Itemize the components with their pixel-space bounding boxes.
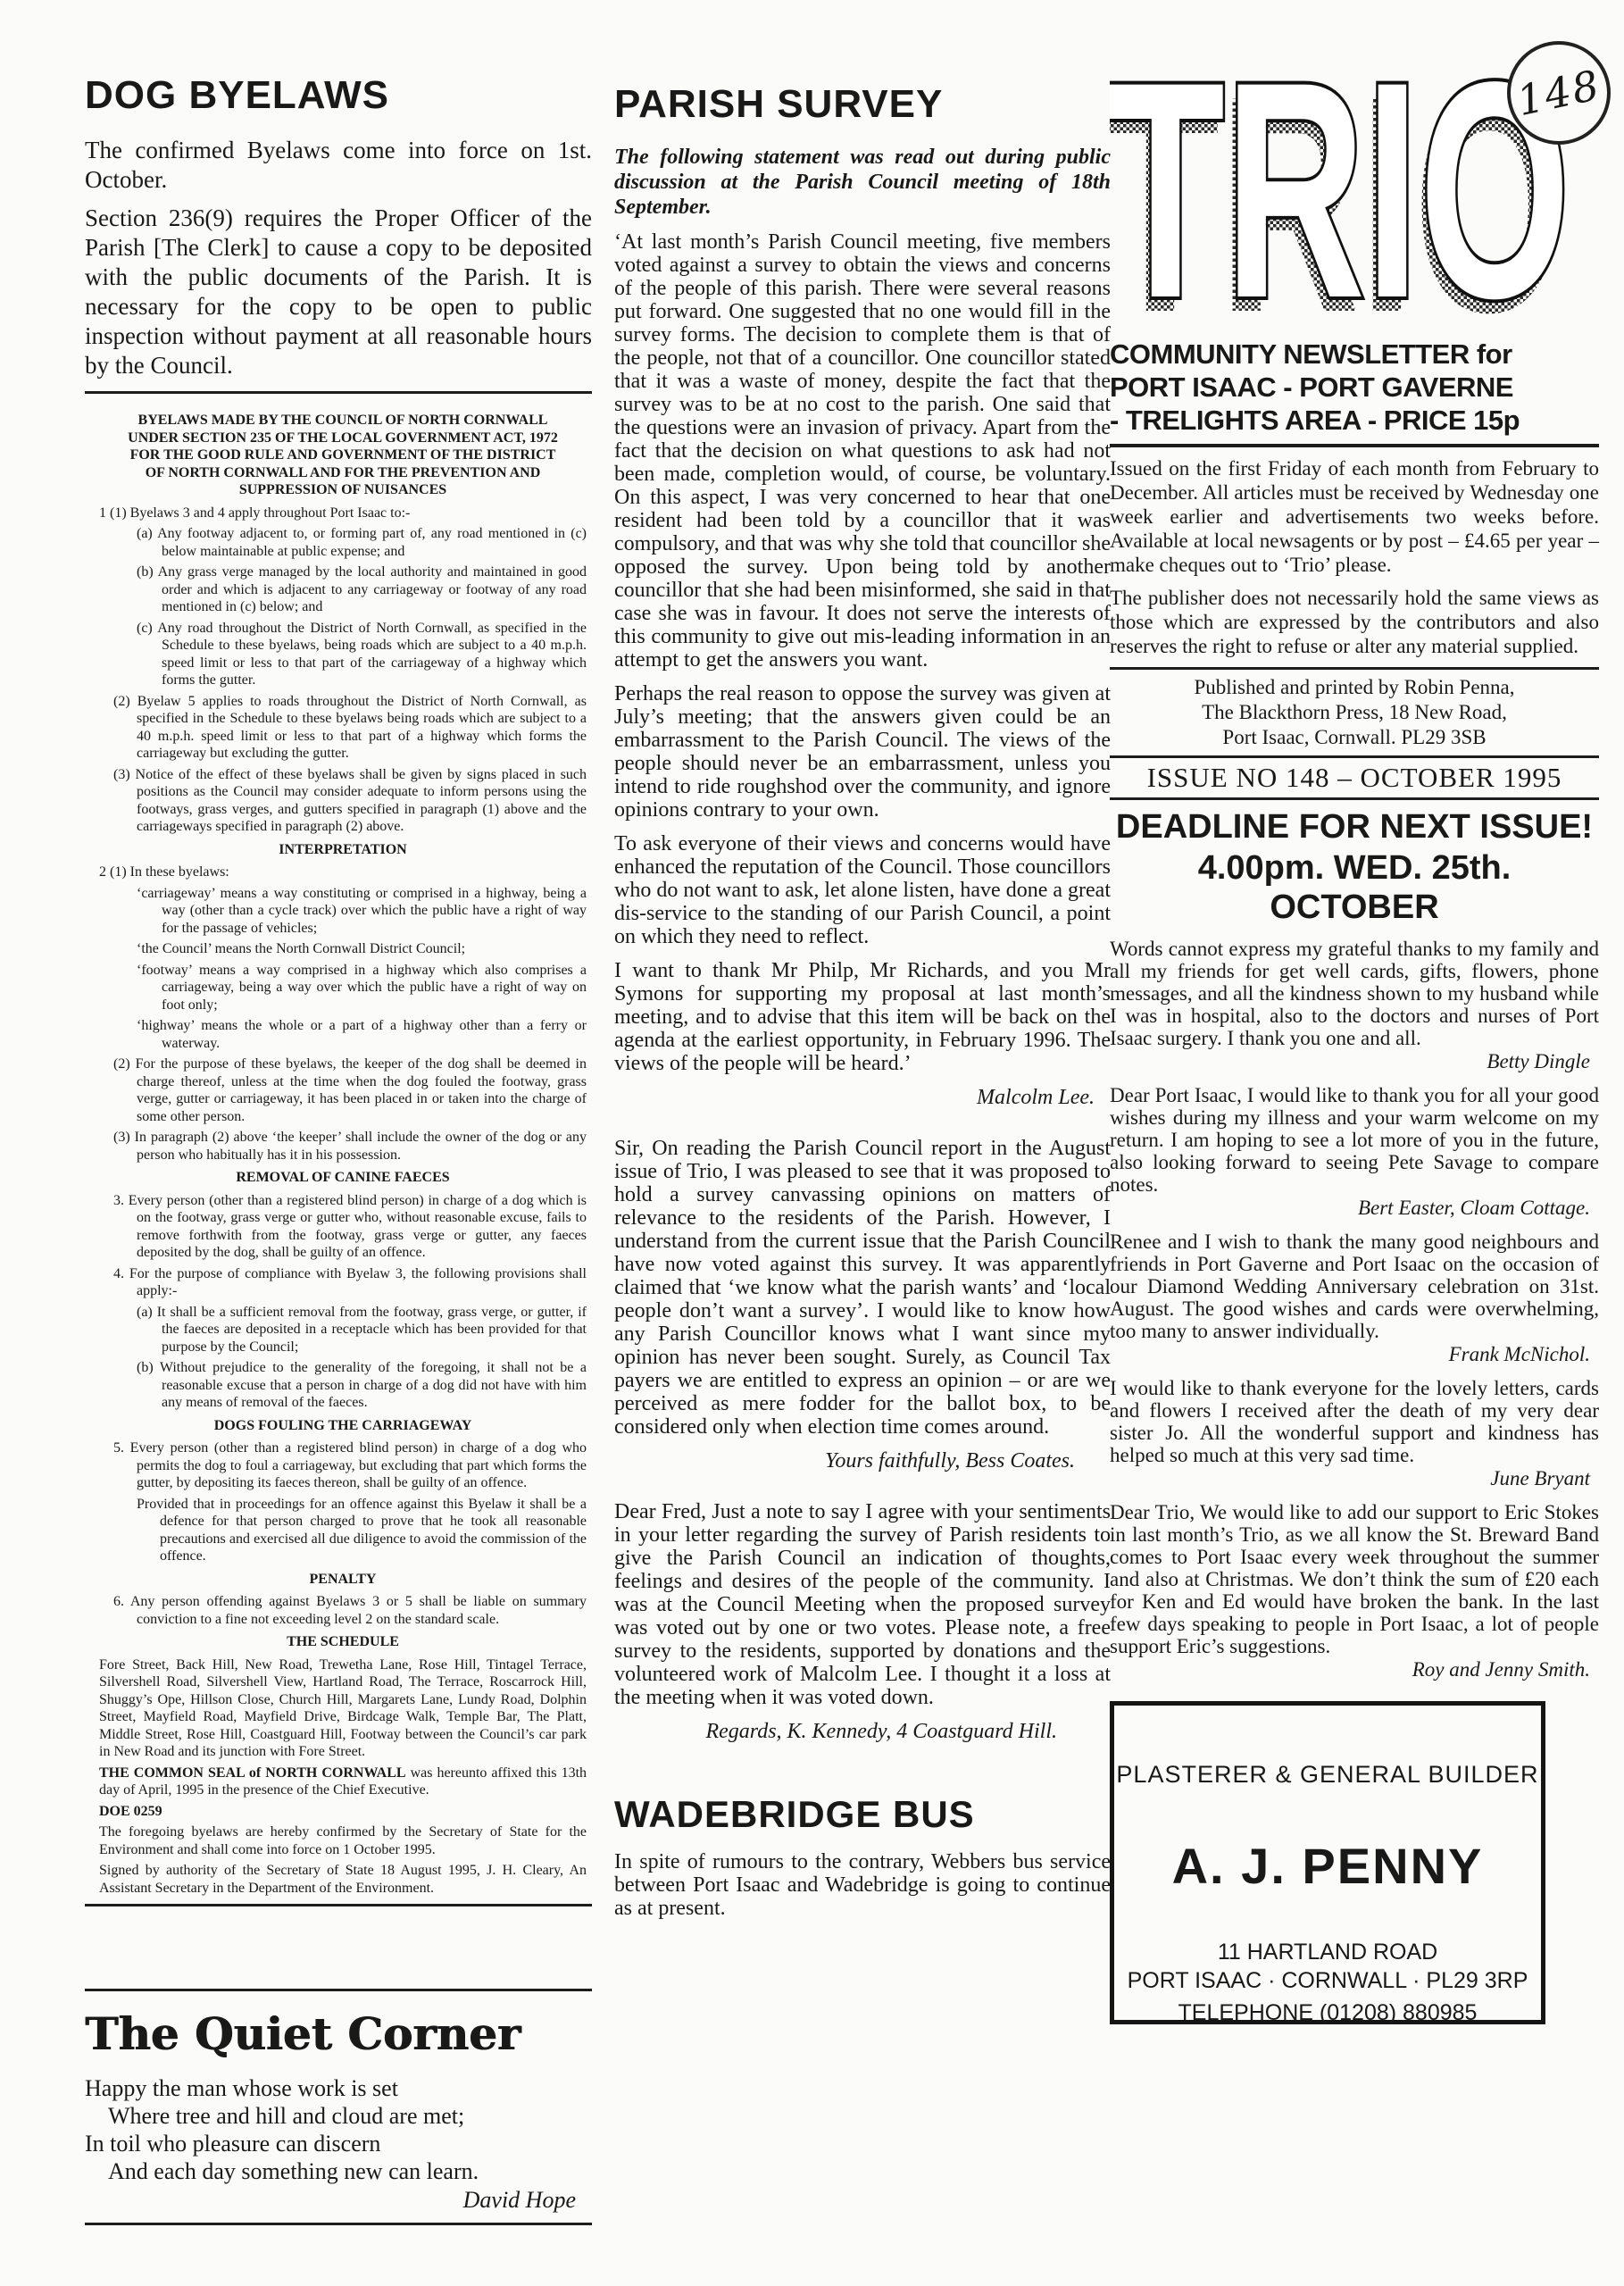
byelaws-definition: ‘footway’ means a way comprised in a hig… xyxy=(137,962,587,1014)
letter-bess-signature: Yours faithfully, Bess Coates. xyxy=(614,1449,1075,1473)
byelaws-confirmation: The foregoing byelaws are hereby confirm… xyxy=(99,1823,587,1858)
byelaws-common-seal: THE COMMON SEAL of NORTH CORNWALL was he… xyxy=(99,1765,587,1799)
newsletter-subtitle-line: PORT ISAAC - PORT GAVERNE xyxy=(1110,371,1599,404)
byelaws-clause: 3. Every person (other than a registered… xyxy=(113,1192,587,1262)
issue-number-line: ISSUE NO 148 – OCTOBER 1995 xyxy=(1110,762,1599,794)
byelaws-signature-note: Signed by authority of the Secretary of … xyxy=(99,1862,587,1897)
byelaws-clause: 1 (1) Byelaws 3 and 4 apply throughout P… xyxy=(99,505,587,522)
byelaws-clause: 2 (1) In these byelaws: xyxy=(99,864,587,881)
thanks-letter-signature: June Bryant xyxy=(1110,1467,1590,1490)
wadebridge-bus-title: WADEBRIDGE BUS xyxy=(614,1793,1111,1836)
dog-byelaws-intro-2: Section 236(9) requires the Proper Offic… xyxy=(85,204,592,380)
statement-paragraph: ‘At last month’s Parish Council meeting,… xyxy=(614,230,1111,672)
parish-survey-intro: The following statement was read out dur… xyxy=(614,145,1111,220)
publisher-address: Published and printed by Robin Penna, Th… xyxy=(1110,675,1599,750)
advert-trade-line: PLASTERER & GENERAL BUILDER xyxy=(1114,1761,1541,1789)
divider xyxy=(1110,444,1599,447)
byelaws-subhead-penalty: PENALTY xyxy=(99,1571,587,1589)
thanks-letter: Renee and I wish to thank the many good … xyxy=(1110,1231,1599,1342)
byelaws-clause: 5. Every person (other than a registered… xyxy=(113,1439,587,1492)
deadline-title: DEADLINE FOR NEXT ISSUE! xyxy=(1110,807,1599,847)
statement-paragraph: Perhaps the real reason to oppose the su… xyxy=(614,682,1111,822)
thanks-letter-signature: Bert Easter, Cloam Cottage. xyxy=(1110,1197,1590,1220)
thanks-letter: I would like to thank everyone for the l… xyxy=(1110,1377,1599,1466)
thanks-letter: Dear Port Isaac, I would like to thank y… xyxy=(1110,1084,1599,1196)
byelaws-clause: 4. For the purpose of compliance with By… xyxy=(113,1265,587,1300)
byelaws-definition: ‘carriageway’ means a way constituting o… xyxy=(137,885,587,938)
dog-byelaws-title: DOG BYELAWS xyxy=(85,73,592,118)
deadline-time: 4.00pm. WED. 25th. OCTOBER xyxy=(1110,848,1599,927)
masthead-column: TRIO TRIO 148 COMMUNITY NEWSLETTER for P… xyxy=(1110,54,1599,2024)
thanks-letter: Words cannot express my grateful thanks … xyxy=(1110,938,1599,1049)
aj-penny-advert: PLASTERER & GENERAL BUILDER A. J. PENNY … xyxy=(1110,1701,1545,2024)
advert-phone: TELEPHONE (01208) 880985 xyxy=(1114,2000,1541,2026)
byelaws-clause: (c) Any road throughout the District of … xyxy=(137,620,587,689)
publisher-note: The publisher does not necessarily hold … xyxy=(1110,586,1599,658)
quiet-corner-poem: Happy the man whose work is set Where tr… xyxy=(85,2074,592,2185)
byelaws-clause: 6. Any person offending against Byelaws … xyxy=(113,1593,587,1628)
common-seal-lead: THE COMMON SEAL of NORTH CORNWALL xyxy=(99,1765,406,1781)
newsletter-subtitle-line: - TRELIGHTS AREA - PRICE 15p xyxy=(1110,404,1599,437)
parish-survey-title: PARISH SURVEY xyxy=(614,82,1111,127)
handwritten-issue-number: 148 xyxy=(1513,61,1605,125)
spacer xyxy=(614,1473,1111,1500)
support-letter: Dear Trio, We would like to add our supp… xyxy=(1110,1501,1599,1657)
byelaws-subhead-interpretation: INTERPRETATION xyxy=(99,841,587,859)
byelaws-definition: ‘highway’ means the whole or a part of a… xyxy=(137,1017,587,1052)
divider xyxy=(85,2223,592,2225)
byelaws-clause: (3) Notice of the effect of these byelaw… xyxy=(113,766,587,836)
byelaws-definition: ‘the Council’ means the North Cornwall D… xyxy=(137,940,587,958)
byelaws-heading: BYELAWS MADE BY THE COUNCIL OF NORTH COR… xyxy=(99,412,587,499)
issued-info: Issued on the first Friday of each month… xyxy=(1110,456,1599,577)
letter-bess-coates: Sir, On reading the Parish Council repor… xyxy=(614,1137,1111,1439)
support-letter-signature: Roy and Jenny Smith. xyxy=(1110,1658,1590,1681)
dog-byelaws-column: DOG BYELAWS The confirmed Byelaws come i… xyxy=(85,73,592,2236)
thanks-letter-signature: Betty Dingle xyxy=(1110,1050,1590,1073)
byelaws-clause: (b) Any grass verge managed by the local… xyxy=(137,563,587,616)
advert-address-line-1: 11 HARTLAND ROAD xyxy=(1114,1938,1541,1966)
advert-business-name: A. J. PENNY xyxy=(1114,1837,1541,1895)
divider xyxy=(85,1904,592,1906)
byelaws-subhead-fouling: DOGS FOULING THE CARRIAGEWAY xyxy=(99,1417,587,1435)
byelaws-clause: Provided that in proceedings for an offe… xyxy=(137,1496,587,1565)
spacer xyxy=(614,1744,1111,1793)
byelaws-clause: (a) Any footway adjacent to, or forming … xyxy=(137,525,587,560)
parish-survey-column: PARISH SURVEY The following statement wa… xyxy=(614,82,1111,1931)
trio-logo-text: TRIO xyxy=(1110,54,1570,332)
divider xyxy=(85,1989,592,1991)
advert-address-line-2: PORT ISAAC · CORNWALL · PL29 3RP xyxy=(1114,1966,1541,1995)
trio-masthead: TRIO TRIO 148 xyxy=(1110,54,1599,332)
wadebridge-bus-text: In spite of rumours to the contrary, Web… xyxy=(614,1850,1111,1920)
advert-address: 11 HARTLAND ROAD PORT ISAAC · CORNWALL ·… xyxy=(1114,1938,1541,1995)
letter-kennedy-signature: Regards, K. Kennedy, 4 Coastguard Hill. xyxy=(614,1720,1057,1744)
newsletter-page: { "masthead": { "logo_text": "TRIO", "is… xyxy=(0,0,1624,2286)
byelaws-clause: (2) For the purpose of these byelaws, th… xyxy=(113,1055,587,1125)
statement-signature: Malcolm Lee. xyxy=(614,1086,1095,1110)
dog-byelaws-intro-1: The confirmed Byelaws come into force on… xyxy=(85,136,592,195)
spacer xyxy=(614,1110,1111,1137)
handwritten-issue-number-circle: 148 xyxy=(1507,41,1611,145)
byelaws-subhead-removal: REMOVAL OF CANINE FAECES xyxy=(99,1169,587,1187)
divider xyxy=(85,391,592,394)
byelaws-subhead-schedule: THE SCHEDULE xyxy=(99,1633,587,1651)
byelaws-clause: (b) Without prejudice to the generality … xyxy=(137,1359,587,1412)
byelaws-legal-text: BYELAWS MADE BY THE COUNCIL OF NORTH COR… xyxy=(85,405,592,1897)
divider xyxy=(1110,755,1599,758)
byelaws-clause: (a) It shall be a sufficient removal fro… xyxy=(137,1304,587,1356)
quiet-corner-title: The Quiet Corner xyxy=(85,2007,592,2060)
divider xyxy=(1110,797,1599,800)
byelaws-clause: (2) Byelaw 5 applies to roads throughout… xyxy=(113,693,587,763)
byelaws-clause: (3) In paragraph (2) above ‘the keeper’ … xyxy=(113,1129,587,1164)
statement-paragraph: To ask everyone of their views and conce… xyxy=(614,832,1111,948)
divider xyxy=(1110,667,1599,670)
letter-kennedy: Dear Fred, Just a note to say I agree wi… xyxy=(614,1500,1111,1709)
quiet-corner-author: David Hope xyxy=(85,2187,576,2214)
byelaws-schedule-streets: Fore Street, Back Hill, New Road, Trewet… xyxy=(99,1656,587,1761)
newsletter-subtitle-line: COMMUNITY NEWSLETTER for xyxy=(1110,338,1599,371)
thanks-letter-signature: Frank McNichol. xyxy=(1110,1343,1590,1366)
statement-paragraph: I want to thank Mr Philp, Mr Richards, a… xyxy=(614,959,1111,1075)
byelaws-doe-ref: DOE 0259 xyxy=(99,1803,587,1821)
